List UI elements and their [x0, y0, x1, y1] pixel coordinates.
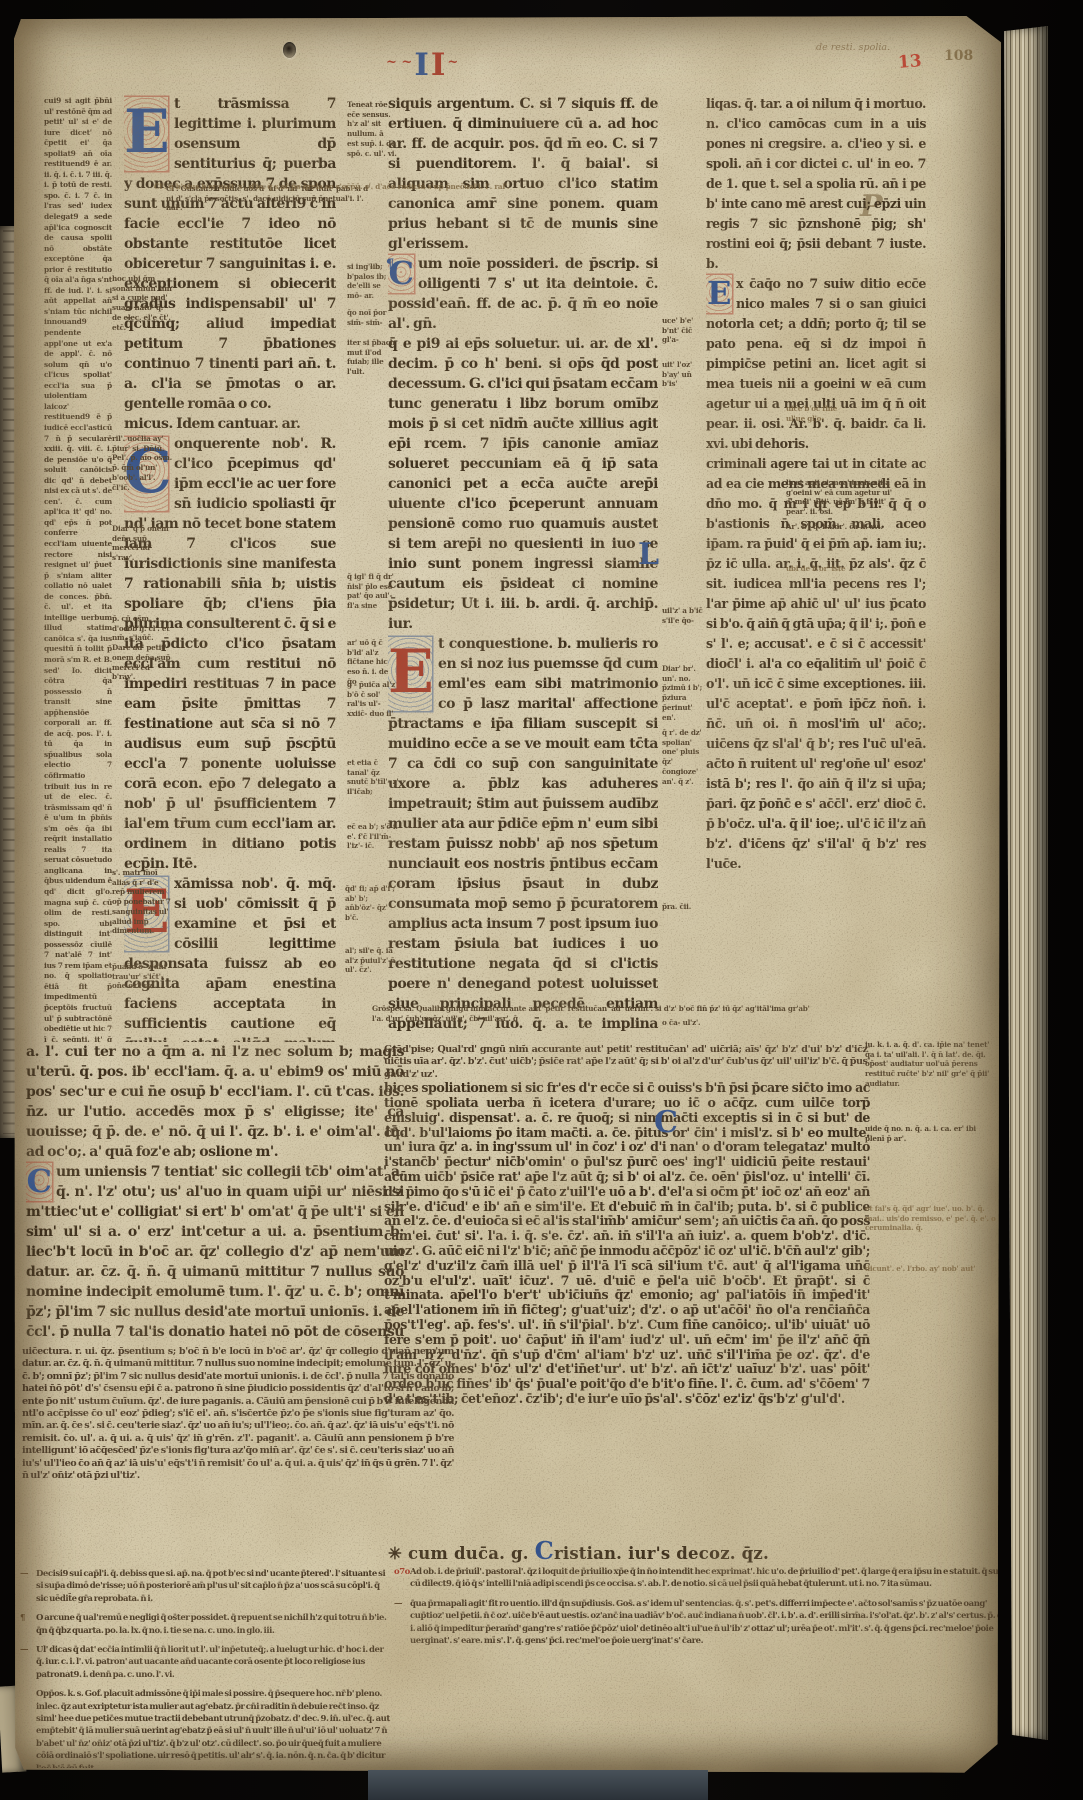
margin-note: iter si p̄bach mut il'od fuiab; ille l'u… — [347, 338, 397, 377]
rubric-text-after: ristian. iur's decoz. q̄z. — [554, 1544, 769, 1563]
manuscript-photograph: { "manuscript": { "header": {"flourish_l… — [0, 0, 1083, 1800]
running-header-numeral: ~ ~ I I ~ — [386, 50, 458, 80]
manuscript-paragraph: Et conquestione. b. mulieris ro en si no… — [388, 634, 658, 1034]
margin-note: uide q̄ no. n. q̄. a. i. ca. er' ibi ple… — [865, 1124, 997, 1143]
margin-note: uce' b'e' b'nt' c̄ic̄ gl'a- — [662, 316, 704, 345]
header-flourish-right: ~ — [447, 50, 458, 76]
manuscript-paragraph: siquis argentum. C. si 7 siquis ff. de e… — [388, 94, 658, 254]
footnote-paraph-mark: — — [20, 1568, 28, 1580]
margin-note: Diar' q̄ p̄ onem den̄a sup̄ mercel'ad' s… — [112, 524, 172, 563]
footnote-item: o7oAd ob. i. de p̄riuil'. pastoral'. q̄z… — [394, 1566, 1008, 1591]
margin-note: q̄ r'. de dz' spolian' one' pluis q̄z' c… — [662, 728, 706, 786]
margin-note: q̄o noī p̄or sim̄- sim̄- — [347, 308, 397, 327]
margin-note: iu. k. i. a. q̄. d'. ca. ip̄ie na' tenet… — [865, 1040, 997, 1089]
margin-note: uic̄e b'oc̄ fine ul'ue gl'o- — [786, 404, 856, 423]
header-flourish-left: ~ ~ — [386, 50, 412, 76]
margin-note: g'- p̄uic̄a al'z b'ō c̄ sol' ral'is ul'-… — [347, 680, 399, 719]
margin-note: ec̄ ea b'; s'c̄ i. e'. f'c̄ l'il'm̄- l'i… — [347, 822, 399, 851]
bottom-rubric-line: ✳ cum duc̄a. g. Cristian. iur's decoz. q… — [388, 1536, 769, 1565]
footnote-item: —Ul' dicas q̄ dat' ecc̄ia intimlii q̄ n̄… — [20, 1644, 392, 1681]
top-margin-title-note: de resti. spolia. — [816, 42, 890, 53]
margin-note: C — [654, 1108, 678, 1138]
margin-note: p̄ra. c̄ii. — [662, 902, 704, 912]
folio-number-red: 13 — [897, 51, 922, 73]
rubric-lead-mark: ✳ — [388, 1544, 402, 1563]
margin-note: hoc ubi q̄m sonat iniun' am si a cupie p… — [112, 274, 172, 332]
header-numeral-red: I — [431, 50, 446, 80]
footnote-paraph-mark: ¶ — [20, 1612, 25, 1624]
manuscript-paragraph: Cum noīe possideri. de p̄scrip. si oilig… — [388, 254, 658, 334]
margin-note: q̄ igl' fi q̄ dr' n̄isl' p̄lo eso pat' q… — [347, 572, 399, 611]
folio-number-ink: 108 — [944, 48, 973, 64]
footnote-item: ¶O arcune q̄ ual'remū e negligi q̄ os̄te… — [20, 1612, 392, 1637]
fore-edge-page-stack — [1004, 26, 1048, 1740]
wide-gloss-right-block: Grād'pise; Qual'rd' gngū nim̄ accurante … — [384, 1044, 870, 1534]
rubric-blue-initial: C — [535, 1536, 554, 1565]
footnote-paraph-mark: o7o — [394, 1566, 410, 1578]
left-main-lower-block: a. l'. cui ter no a q̄m a. ni l'z nec so… — [26, 1042, 404, 1338]
margin-note: uit' l'oz' b'ay' un̄ b'is' — [662, 360, 704, 389]
footnote-item: Opp̄os. k. s. Gof. placuit admissōne q̄ … — [20, 1688, 392, 1768]
margin-note: ril'. uoc̄lia ay' p̄iur' si. Dn̄iū. Pel'… — [112, 434, 172, 492]
margin-note: p̄uan̄d'o- z'dn̄i trau'ur' s'ic̄t'- on̄e… — [112, 962, 172, 991]
footnote-item: —Decisi9 sui cap̄l'i. q̄. debiss que si.… — [20, 1568, 392, 1605]
right-outer-column: liqas. q̄. tar. a oi nilum q̄ i mortuo. … — [706, 94, 926, 1032]
manuscript-paragraph: bices spoliationem si sic fr'es d'r ecc̄… — [384, 1081, 870, 1407]
margin-note: p̄. cū os̄m. d'ocōb'ij. c̄l'. et nm̄. s'… — [112, 614, 172, 682]
margin-note: Grōspec̄sa. Qualib' gnigū nim̄ accurante… — [372, 1004, 812, 1023]
illuminated-initial: E — [124, 97, 168, 171]
left-gloss-column: cui9 si agit p̄bn̄i ul' restōnē q̄m ad p… — [44, 96, 112, 1042]
margin-note: Ar'. b'. q̄. baidr'. c̄a li. xvi. — [786, 522, 894, 532]
margin-note: licet agit si mea' tueis nii a g'oeini w… — [786, 478, 894, 517]
margin-note: L — [638, 540, 659, 570]
footnote-block-right: o7oAd ob. i. de p̄riuil'. pastoral'. q̄z… — [394, 1566, 1008, 1772]
manuscript-paragraph: Et trāsmissa 7 legittime i. plurimum ose… — [124, 94, 336, 414]
manuscript-paragraph: a. l'. cui ter no a q̄m a. ni l'z nec so… — [26, 1042, 404, 1162]
pricking-hole — [283, 42, 296, 58]
margin-note: al'; sil'e q̄. iā al'z p̄uiul'z' n̄ ul'.… — [345, 946, 399, 975]
manuscript-paragraph: Ex c̄aq̄o no 7 suiw ditio ecc̄e nico mal… — [706, 274, 926, 454]
manuscript-paragraph: Cum uniensis 7 tentiat' sic collegii tc̄… — [26, 1162, 404, 1338]
margin-note: ubi de b'or' iste — [786, 564, 876, 574]
margin-note: uil'z' a b'ic̄ s'il'e q̄o- — [662, 606, 704, 625]
margin-note: Teneat rōe ec̄e sensus. h'z al' sit null… — [347, 100, 397, 158]
footnote-paraph-mark: — — [394, 1598, 402, 1610]
right-main-column: siquis argentum. C. si 7 siquis ff. de e… — [388, 94, 658, 1034]
margin-note: s'. matr'm̄oī alias q̄ r' d'e rep̄ mulie… — [112, 868, 172, 936]
footnote-paraph-mark: — — [20, 1644, 28, 1656]
illuminated-initial: C — [26, 1163, 52, 1201]
manuscript-paragraph: liqas. q̄. tar. a oi nilum q̄ i mortuo. … — [706, 94, 926, 274]
paragraph-end-line: micus. Idem cantuar. ar. — [124, 414, 336, 434]
header-numeral-blue: I — [414, 50, 429, 80]
margin-note: q̄d' fi; ap̄ d'f'; ab' b'; an̄b'ōz'- q̄z… — [345, 884, 399, 923]
rubric-text-before: cum duc̄a. g. — [408, 1544, 529, 1563]
margin-note: et etia c̄ tanal' q̄z snutc̄ b'tīl'- z' … — [347, 758, 399, 797]
illuminated-initial: E — [706, 275, 732, 313]
margin-note: et fal's q̄. q̄d' agr' iue'. uo. b'. q̄.… — [865, 1204, 1005, 1233]
manuscript-paragraph: q̄ e pi9 ai ep̄s soluetur. ui. ar. de xl… — [388, 334, 658, 634]
book-cradle — [368, 1770, 708, 1800]
margin-note: - b — [370, 262, 380, 272]
margin-note: Diar' br'. un'. no. p̄zimū i b'; p̄ziura… — [662, 664, 706, 722]
manuscript-paragraph: Grād'pise; Qual'rd' gngū nim̄ accurante … — [384, 1044, 870, 1081]
footnote-item: —q̄ua p̄rmapali agit' fit ro uentio. ill… — [394, 1598, 1008, 1648]
margin-note: dicunt'. e'. l'rbo. ay' nob' aut' — [865, 1264, 995, 1274]
manuscript-page: ~ ~ I I ~ de resti. spolia. 13 108 P cui… — [14, 16, 1004, 1774]
margin-note: ¶ — [386, 258, 394, 271]
footnote-block-left: —Decisi9 sui cap̄l'i. q̄. debiss que si.… — [20, 1568, 392, 1768]
manuscript-paragraph: criminali agere tai ut in citate ac ad e… — [706, 454, 926, 874]
margin-note: Cl'. q̄ b'uius b'er uult' s'. d'io. q̄ s… — [154, 182, 509, 192]
